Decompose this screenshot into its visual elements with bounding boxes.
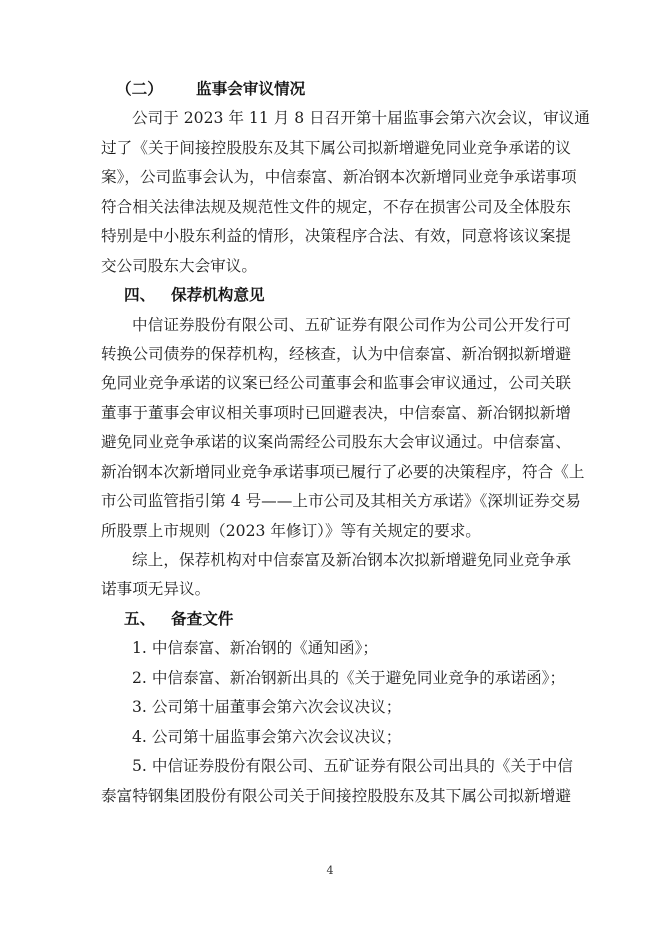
section-number: 四、: [124, 281, 171, 310]
page-content: （二）监事会审议情况 公司于 2023 年 11 月 8 日召开第十届监事会第六…: [101, 75, 571, 811]
document-page: （二）监事会审议情况 公司于 2023 年 11 月 8 日召开第十届监事会第六…: [0, 0, 660, 933]
text-line: 特别是中小股东利益的情形，决策程序合法、有效，同意将该议案提: [101, 222, 571, 251]
text-line: 符合相关法律法规及规范性文件的规定，不存在损害公司及全体股东: [101, 193, 571, 222]
section-title: 保荐机构意见: [171, 286, 265, 304]
section-number: （二）: [116, 75, 196, 104]
list-item: 3. 公司第十届董事会第六次会议决议；: [101, 693, 571, 722]
text-line: 市公司监管指引第 4 号——上市公司及其相关方承诺》《深圳证券交易: [101, 487, 571, 516]
paragraph-sponsor-conclusion: 综上，保荐机构对中信泰富及新冶钢本次拟新增避免同业竞争承 诺事项无异议。: [101, 546, 571, 605]
page-number: 4: [0, 864, 660, 877]
text-line: 所股票上市规则（2023 年修订）》等有关规定的要求。: [101, 517, 571, 546]
text-line: 董事于董事会审议相关事项时已回避表决，中信泰富、新冶钢拟新增: [101, 399, 571, 428]
text-line: 新冶钢本次新增同业竞争承诺事项已履行了必要的决策程序，符合《上: [101, 458, 571, 487]
list-item: 5. 中信证券股份有限公司、五矿证券有限公司出具的《关于中信: [101, 752, 571, 781]
list-item: 4. 公司第十届监事会第六次会议决议；: [101, 723, 571, 752]
section-heading-reference-documents: 五、备查文件: [101, 605, 571, 634]
list-item: 1. 中信泰富、新冶钢的《通知函》；: [101, 634, 571, 663]
text-line: 免同业竞争承诺的议案已经公司董事会和监事会审议通过，公司关联: [101, 369, 571, 398]
text-line: 中信证券股份有限公司、五矿证券有限公司作为公司公开发行可: [101, 311, 571, 340]
text-line: 避免同业竞争承诺的议案尚需经公司股东大会审议通过。中信泰富、: [101, 428, 571, 457]
paragraph-sponsor-opinion: 中信证券股份有限公司、五矿证券有限公司作为公司公开发行可 转换公司债券的保荐机构…: [101, 311, 571, 547]
text-line: 交公司股东大会审议。: [101, 252, 571, 281]
text-line: 案》，公司监事会认为，中信泰富、新冶钢本次新增同业竞争承诺事项: [101, 163, 571, 192]
list-item: 2. 中信泰富、新冶钢新出具的《关于避免同业竞争的承诺函》；: [101, 664, 571, 693]
text-line: 转换公司债券的保荐机构，经核查，认为中信泰富、新冶钢拟新增避: [101, 340, 571, 369]
section-title: 备查文件: [171, 610, 233, 628]
section-title: 监事会审议情况: [196, 80, 305, 98]
section-heading-sponsor-opinion: 四、保荐机构意见: [101, 281, 571, 310]
text-line: 泰富特钢集团股份有限公司关于间接控股股东及其下属公司拟新增避: [101, 782, 571, 811]
text-line: 综上，保荐机构对中信泰富及新冶钢本次拟新增避免同业竞争承: [101, 546, 571, 575]
text-line: 过了《关于间接控股股东及其下属公司拟新增避免同业竞争承诺的议: [101, 134, 571, 163]
section-heading-supervisory-review: （二）监事会审议情况: [101, 75, 571, 104]
text-line: 公司于 2023 年 11 月 8 日召开第十届监事会第六次会议，审议通: [101, 104, 571, 133]
text-line: 诺事项无异议。: [101, 575, 571, 604]
section-number: 五、: [124, 605, 171, 634]
paragraph-supervisory-review: 公司于 2023 年 11 月 8 日召开第十届监事会第六次会议，审议通 过了《…: [101, 104, 571, 281]
reference-document-list: 1. 中信泰富、新冶钢的《通知函》； 2. 中信泰富、新冶钢新出具的《关于避免同…: [101, 634, 571, 811]
